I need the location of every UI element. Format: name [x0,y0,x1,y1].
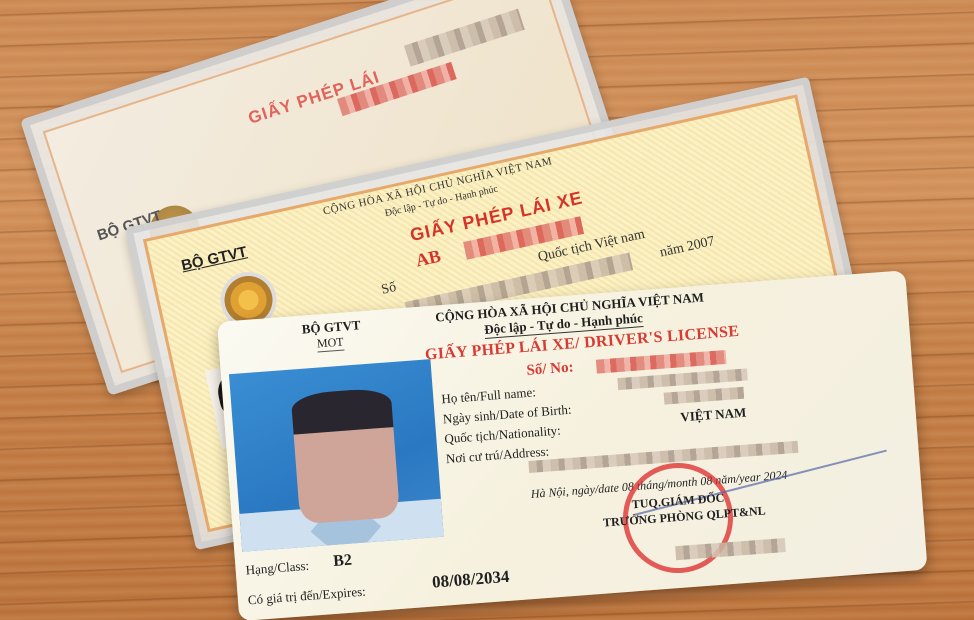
expires-label: Có giá trị đến/Expires: [247,584,366,609]
redacted-number [596,350,727,374]
driver-license-card: BỘ GTVT MOT CỘNG HÒA XÃ HỘI CHỦ NGHĨA VI… [217,270,928,620]
card-ministry-en: MOT [316,335,344,353]
class-label: Hạng/Class: [245,558,310,579]
paper-card-number-label: Số [380,280,398,299]
photo-hair [291,387,394,434]
holder-photo [229,359,444,552]
nationality-value: VIỆT NAM [680,405,747,426]
class-value: B2 [333,552,353,571]
card-number-label: Số/ No: [526,359,574,379]
redacted-dob [664,387,745,405]
full-name-label: Họ tên/Full name: [441,384,537,407]
expires-value: 08/08/2034 [431,567,510,593]
